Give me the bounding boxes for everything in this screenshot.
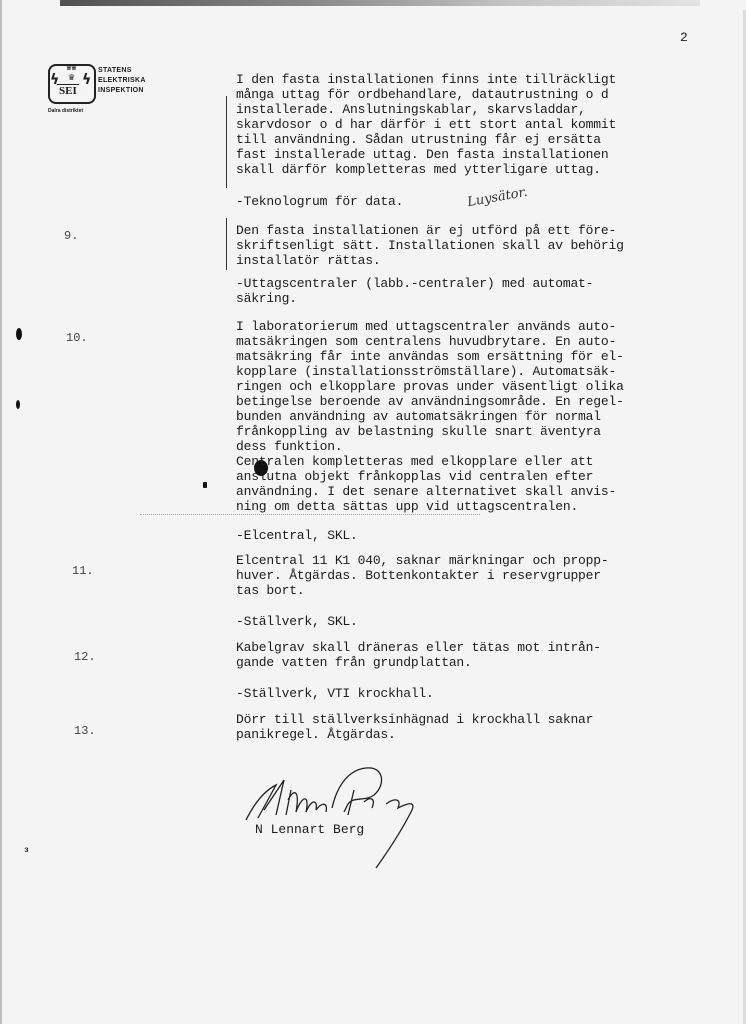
handwritten-signature — [236, 760, 436, 870]
punch-mark — [16, 328, 22, 340]
ink-speck — [203, 482, 207, 488]
item-heading: -Teknologrum för data. — [236, 194, 403, 209]
margin-change-bar — [226, 218, 227, 270]
item-heading: -Ställverk, SKL. — [236, 614, 358, 629]
item-heading: -Ställverk, VTI krockhall. — [236, 686, 434, 701]
item-text: Den fasta installationen är ej utförd på… — [236, 223, 624, 268]
item-number: 9. — [64, 229, 78, 243]
logo-initials: SEI — [57, 84, 79, 97]
item-text: I laboratorierum med uttagscentraler anv… — [236, 319, 624, 514]
item-text: Kabelgrav skall dräneras eller tätas mot… — [236, 640, 601, 670]
scan-top-edge — [60, 0, 700, 6]
signer-name: N Lennart Berg — [255, 822, 364, 837]
page-number: 2 — [680, 30, 688, 45]
punch-mark — [16, 400, 20, 409]
item-number: 10. — [66, 331, 88, 345]
district-name: Dalra distriktet — [48, 108, 83, 114]
lightning-bolt-icon: ϟ — [82, 72, 91, 88]
item-text: Elcentral 11 K1 040, saknar märkningar o… — [236, 553, 608, 598]
scan-left-edge — [0, 0, 2, 1024]
organization-name: STATENS ELEKTRISKA INSPEKTION — [98, 66, 146, 96]
item-heading: -Uttagscentraler (labb.-centraler) med a… — [236, 276, 593, 306]
intro-paragraph: I den fasta installationen finns inte ti… — [236, 72, 616, 177]
org-line: STATENS — [98, 66, 146, 76]
margin-change-bar — [226, 96, 227, 188]
item-number: 13. — [74, 724, 96, 738]
item-heading: -Elcentral, SKL. — [236, 528, 358, 543]
item-text: Dörr till ställverksinhägnad i krockhall… — [236, 712, 593, 742]
org-line: ELEKTRISKA — [98, 76, 146, 86]
item-number: 12. — [74, 650, 96, 664]
item-number: 11. — [72, 564, 94, 578]
stray-mark: з — [24, 846, 29, 855]
org-line: INSPEKTION — [98, 86, 146, 96]
scan-noise — [140, 514, 480, 516]
handwritten-note: Luysätor. — [466, 185, 528, 210]
